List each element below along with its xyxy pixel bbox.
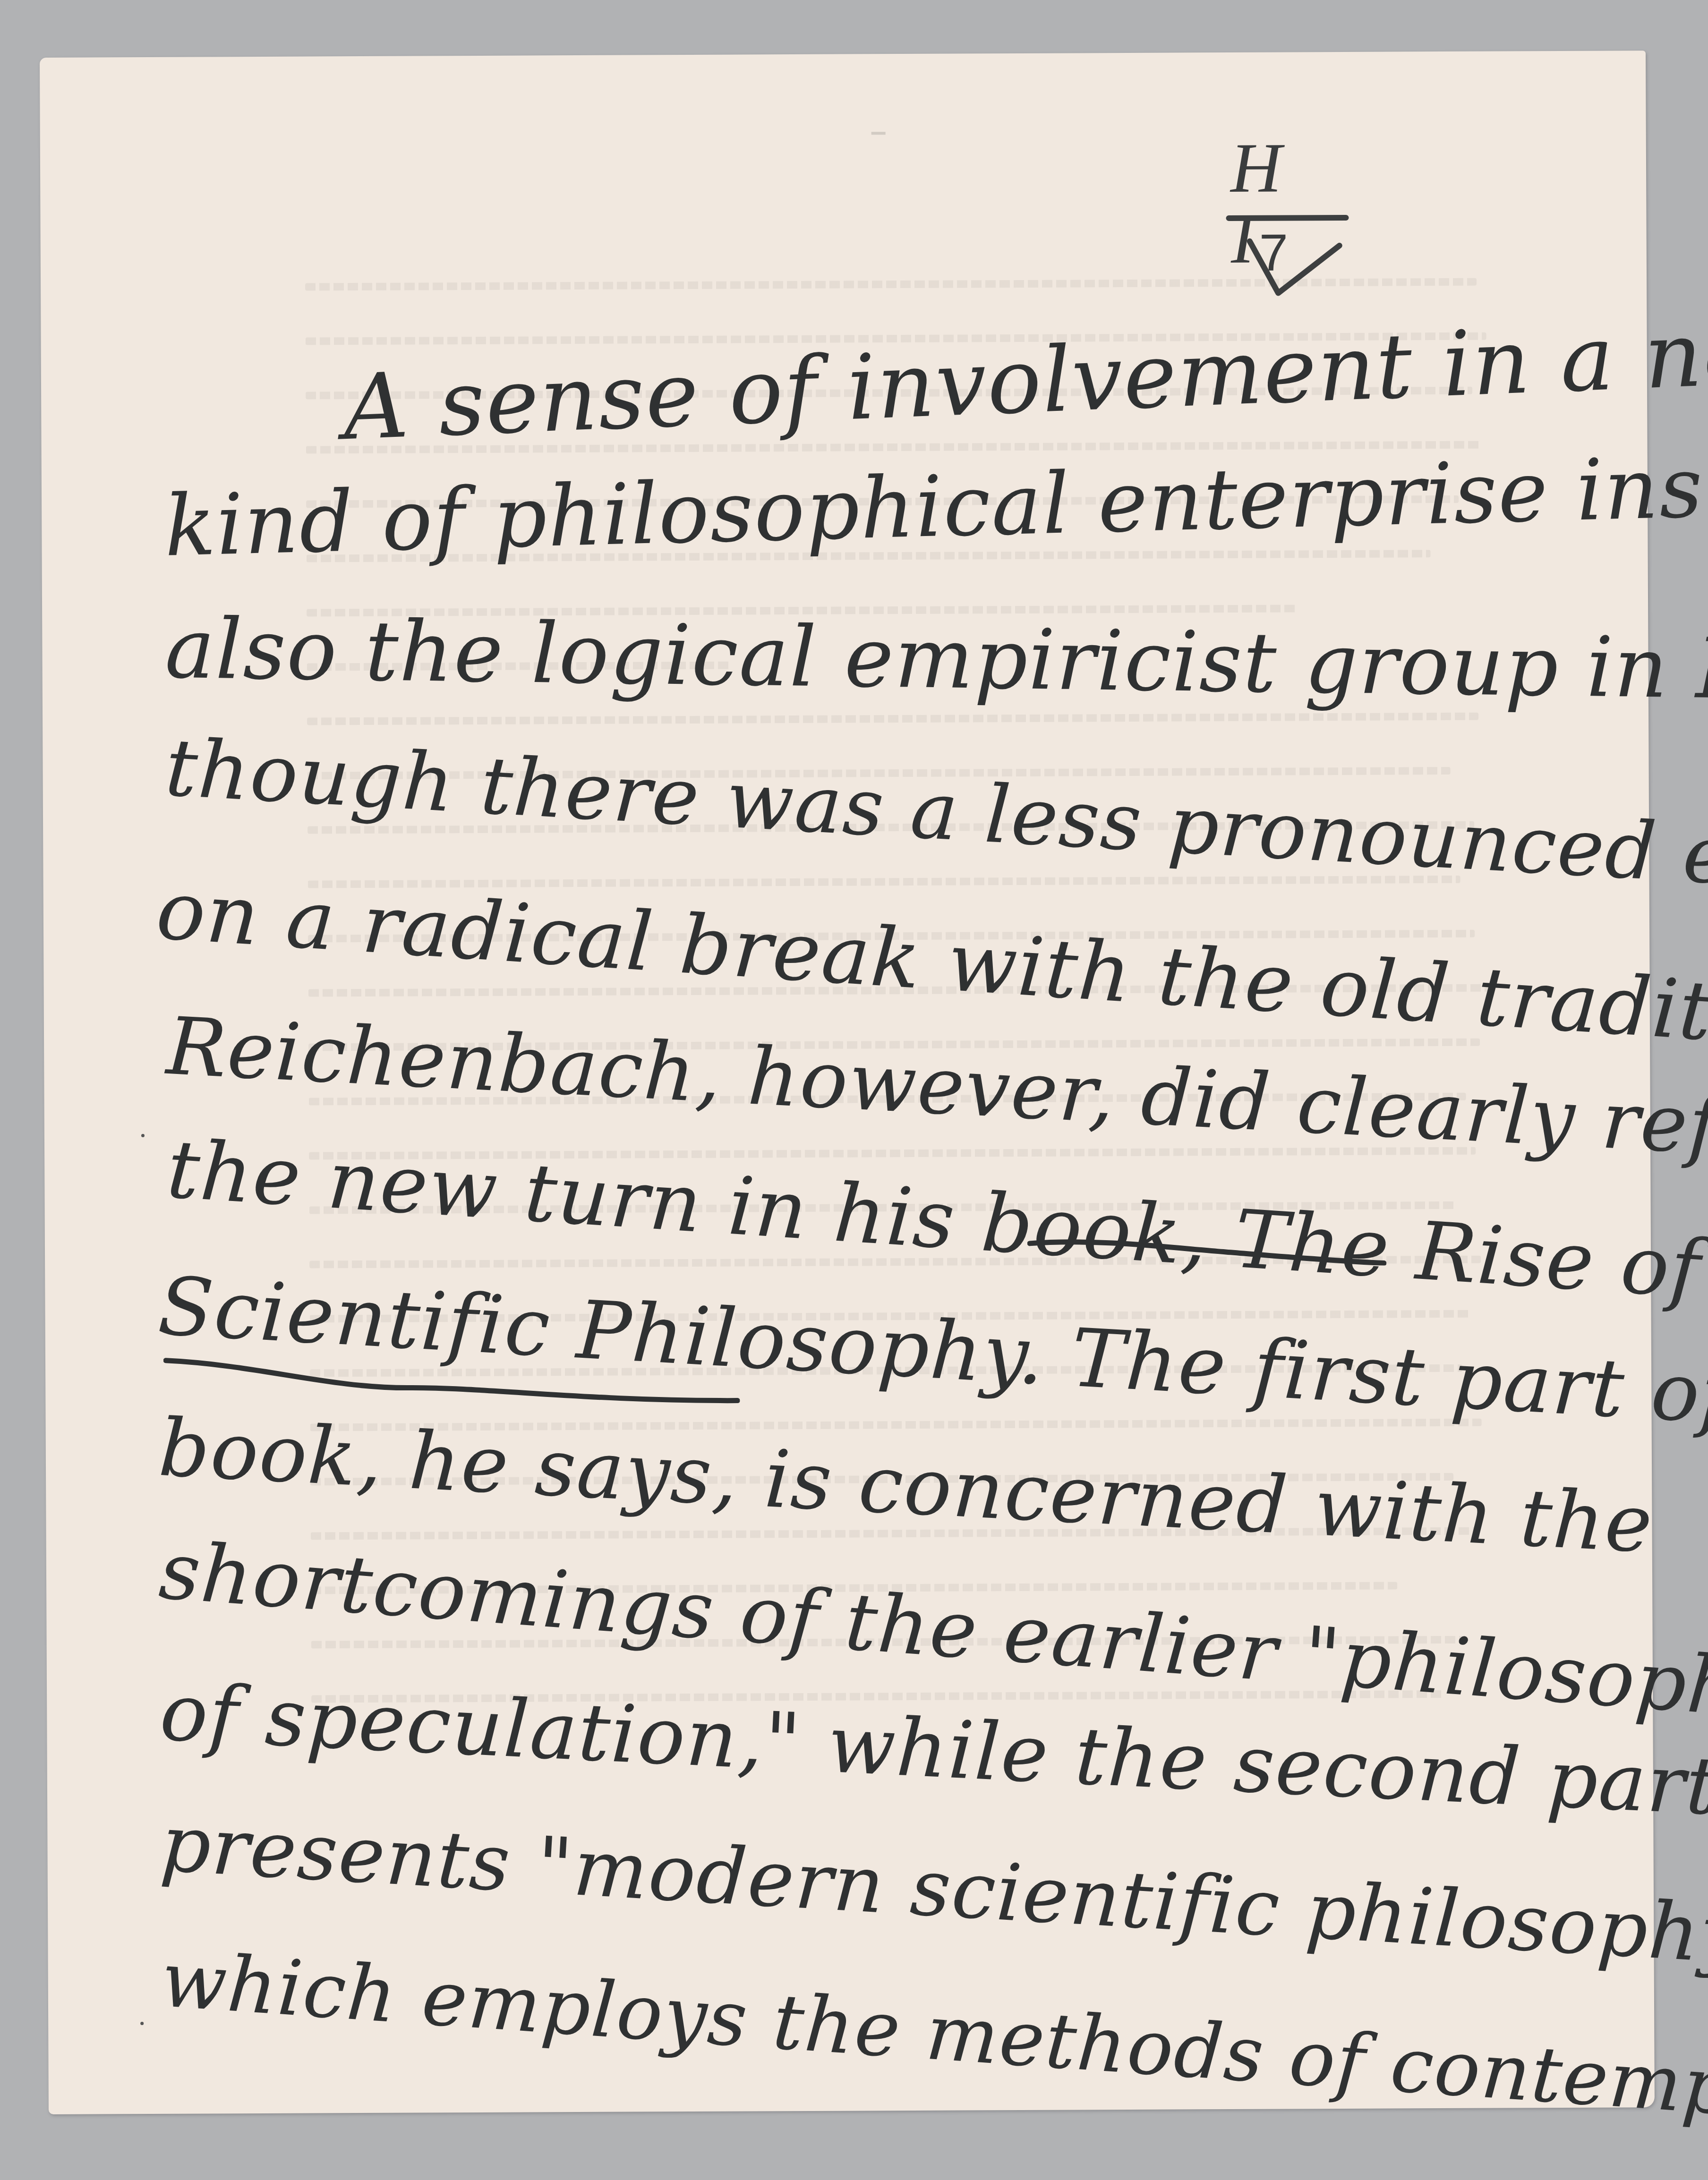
- text-line-3: also the logical empiricist group in Ber…: [164, 607, 1708, 714]
- title-underline-2: [163, 1354, 740, 1408]
- title-underline-1: [1027, 1237, 1386, 1267]
- stray-mark: [141, 1134, 145, 1137]
- text-line-1: A sense of involvement in a novel: [342, 302, 1708, 453]
- stray-mark: [140, 2022, 144, 2025]
- text-line-2: kind of philosophical enterprise inspire…: [163, 440, 1708, 569]
- handwritten-text: A sense of involvement in a novel kind o…: [40, 51, 1655, 2114]
- manuscript-page: H I 7 A sense of involvement in a novel …: [40, 51, 1655, 2114]
- text-line-13: which employs the methods of contemporar…: [159, 1942, 1708, 2141]
